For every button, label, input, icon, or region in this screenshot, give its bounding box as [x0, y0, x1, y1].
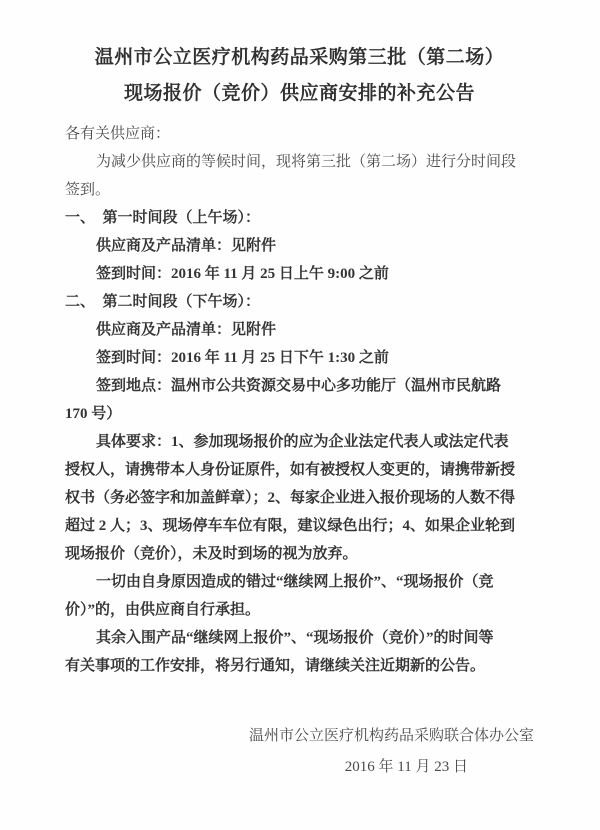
section-heading-2: 二、 第二时间段（下午场）：	[65, 288, 534, 316]
signature-org: 温州市公立医疗机构药品采购联合体办公室	[65, 722, 534, 750]
body-line: 现场报价（竞价），未及时到场的视为放弃。	[65, 540, 534, 568]
signature-date: 2016 年 11 月 23 日	[65, 753, 534, 781]
body-line: 签到时间：2016 年 11 月 25 日上午 9:00 之前	[65, 260, 534, 288]
document-body: 各有关供应商： 为减少供应商的等候时间，现将第三批（第二场）进行分时间段 签到。…	[65, 120, 534, 680]
body-line: 价）”的，由供应商自行承担。	[65, 596, 534, 624]
body-line: 170 号）	[65, 400, 534, 428]
salutation: 各有关供应商：	[65, 120, 534, 148]
document-page: 温州市公立医疗机构药品采购第三批（第二场） 现场报价（竞价）供应商安排的补充公告…	[0, 0, 600, 830]
body-line: 为减少供应商的等候时间，现将第三批（第二场）进行分时间段	[65, 148, 534, 176]
body-line: 一切由自身原因造成的错过“继续网上报价”、“现场报价（竞	[65, 568, 534, 596]
body-line: 签到。	[65, 176, 534, 204]
body-line: 其余入围产品“继续网上报价”、“现场报价（竞价）”的时间等	[65, 624, 534, 652]
body-line: 有关事项的工作安排，将另行通知，请继续关注近期新的公告。	[65, 652, 534, 680]
body-line: 权书（务必签字和加盖鲜章）；2、每家企业进入报价现场的人数不得	[65, 484, 534, 512]
body-line: 具体要求：1、参加现场报价的应为企业法定代表人或法定代表	[65, 428, 534, 456]
body-line: 供应商及产品清单：见附件	[65, 232, 534, 260]
document-footer: 温州市公立医疗机构药品采购联合体办公室 2016 年 11 月 23 日	[65, 722, 534, 781]
body-line: 签到时间：2016 年 11 月 25 日下午 1:30 之前	[65, 344, 534, 372]
body-line: 授权人，请携带本人身份证原件，如有被授权人变更的，请携带新授	[65, 456, 534, 484]
body-line: 超过 2 人；3、现场停车车位有限，建议绿色出行；4、如果企业轮到	[65, 512, 534, 540]
section-heading-1: 一、 第一时间段（上午场）：	[65, 204, 534, 232]
document-title-line1: 温州市公立医疗机构药品采购第三批（第二场）	[65, 40, 534, 76]
body-line: 签到地点：温州市公共资源交易中心多功能厅（温州市民航路	[65, 372, 534, 400]
body-line: 供应商及产品清单：见附件	[65, 316, 534, 344]
document-title-line2: 现场报价（竞价）供应商安排的补充公告	[65, 76, 534, 112]
